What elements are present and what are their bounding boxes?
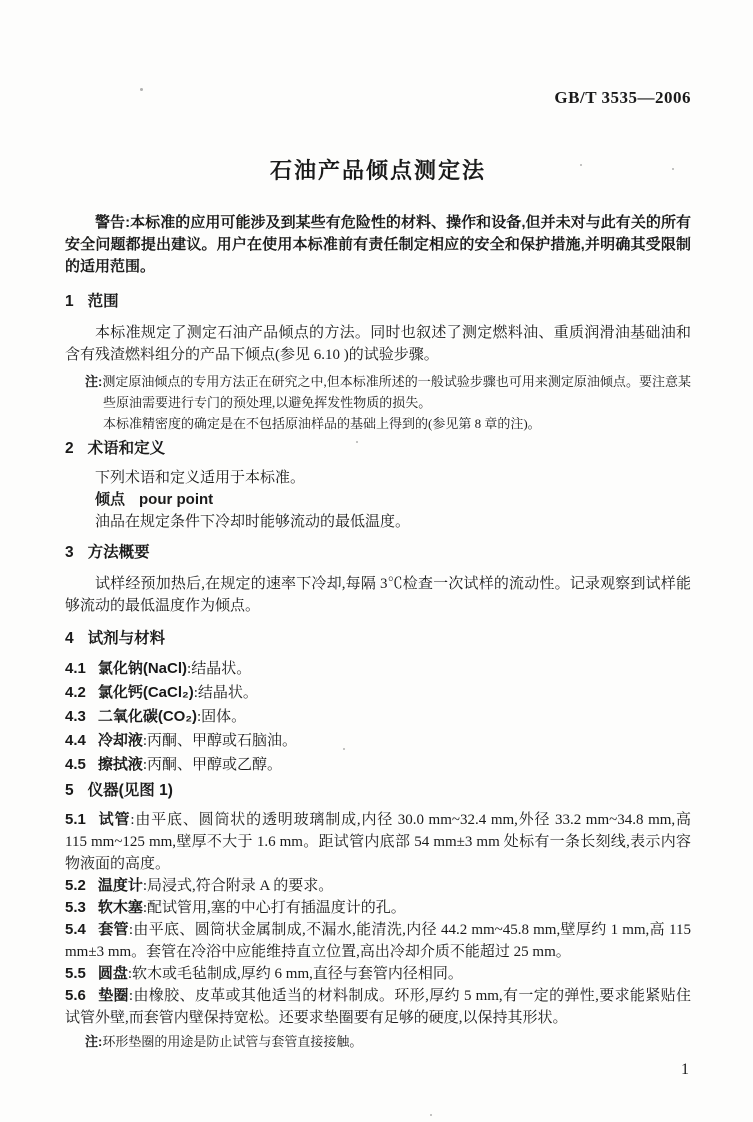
- item-term: 试管: [98, 811, 130, 828]
- section-5-heading: 5仪器(见图 1): [65, 781, 691, 801]
- section-number: 4: [65, 630, 74, 647]
- list-item: 5.6垫圈:由橡胶、皮革或其他适当的材料制成。环形,厚约 5 mm,有一定的弹性…: [65, 985, 691, 1029]
- list-item: 4.3二氧化碳(CO₂):固体。: [65, 705, 691, 729]
- scan-speck: [140, 88, 143, 91]
- standard-code: GB/T 3535—2006: [65, 88, 691, 108]
- item-number: 5.5: [65, 965, 86, 982]
- section-5-items: 5.1试管:由平底、圆筒状的透明玻璃制成,内径 30.0 mm~32.4 mm,…: [65, 809, 691, 1029]
- scan-speck: [430, 1114, 432, 1116]
- item-desc: :丙酮、甲醇或石脑油。: [143, 733, 297, 749]
- item-number: 4.2: [65, 684, 86, 701]
- note-line: 注:测定原油倾点的专用方法正在研究之中,但本标准所述的一般试验步骤也可用来测定原…: [103, 371, 691, 413]
- item-number: 5.1: [65, 811, 86, 828]
- section-3-paragraph: 试样经预加热后,在规定的速率下冷却,每隔 3℃检查一次试样的流动性。记录观察到试…: [65, 573, 691, 617]
- item-desc: :配试管用,塞的中心打有插温度计的孔。: [143, 900, 406, 916]
- term-chinese: 倾点: [95, 491, 125, 508]
- item-desc: :局浸式,符合附录 A 的要求。: [143, 878, 333, 894]
- page-content: GB/T 3535—2006 石油产品倾点测定法 警告:本标准的应用可能涉及到某…: [65, 0, 691, 1080]
- scan-speck: [270, 161, 272, 163]
- section-4-heading: 4试剂与材料: [65, 629, 691, 649]
- term-english: pour point: [139, 491, 213, 508]
- section-1-paragraph: 本标准规定了测定石油产品倾点的方法。同时也叙述了测定燃料油、重质润滑油基础油和含…: [65, 322, 691, 366]
- item-number: 4.4: [65, 732, 86, 749]
- scan-speck: [672, 168, 674, 170]
- section-2-heading: 2术语和定义: [65, 439, 691, 459]
- item-desc: :由平底、圆筒状的透明玻璃制成,内径 30.0 mm~32.4 mm,外径 33…: [65, 812, 691, 872]
- list-item: 5.5圆盘:软木或毛毡制成,厚约 6 mm,直径与套管内径相同。: [65, 963, 691, 985]
- item-desc: :由平底、圆筒状金属制成,不漏水,能清洗,内径 44.2 mm~45.8 mm,…: [65, 922, 691, 960]
- item-number: 4.3: [65, 708, 86, 725]
- note-text-2: 本标准精密度的确定是在不包括原油样品的基础上得到的(参见第 8 章的注)。: [103, 413, 691, 434]
- item-term: 二氧化碳(CO₂): [98, 708, 197, 725]
- item-number: 4.5: [65, 756, 86, 773]
- scan-speck: [356, 441, 358, 443]
- note-text: 测定原油倾点的专用方法正在研究之中,但本标准所述的一般试验步骤也可用来测定原油倾…: [102, 374, 691, 410]
- item-number: 5.3: [65, 899, 86, 916]
- list-item: 4.4冷却液:丙酮、甲醇或石脑油。: [65, 729, 691, 753]
- note-label: 注:: [85, 374, 102, 389]
- item-number: 5.2: [65, 877, 86, 894]
- item-term: 擦拭液: [98, 756, 143, 773]
- document-title: 石油产品倾点测定法: [65, 156, 691, 186]
- section-4-items: 4.1氯化钠(NaCl):结晶状。 4.2氯化钙(CaCl₂):结晶状。 4.3…: [65, 657, 691, 777]
- item-desc: :软木或毛毡制成,厚约 6 mm,直径与套管内径相同。: [128, 966, 463, 982]
- item-term: 氯化钠(NaCl): [98, 660, 187, 677]
- scan-speck: [343, 748, 345, 750]
- scan-speck: [580, 164, 582, 166]
- section-1-note: 注:测定原油倾点的专用方法正在研究之中,但本标准所述的一般试验步骤也可用来测定原…: [65, 371, 691, 434]
- list-item: 5.1试管:由平底、圆筒状的透明玻璃制成,内径 30.0 mm~32.4 mm,…: [65, 809, 691, 875]
- item-number: 5.4: [65, 921, 86, 938]
- section-2-paragraph: 下列术语和定义适用于本标准。: [65, 467, 691, 489]
- item-desc: :固体。: [197, 709, 246, 725]
- page-number: 1: [65, 1060, 691, 1080]
- section-3-heading: 3方法概要: [65, 543, 691, 563]
- section-1-heading: 1范围: [65, 292, 691, 312]
- list-item: 4.1氯化钠(NaCl):结晶状。: [65, 657, 691, 681]
- item-desc: :结晶状。: [194, 685, 258, 701]
- item-desc: :结晶状。: [187, 661, 251, 677]
- item-term: 温度计: [98, 877, 143, 894]
- item-number: 4.1: [65, 660, 86, 677]
- list-item: 4.5擦拭液:丙酮、甲醇或乙醇。: [65, 753, 691, 777]
- item-desc: :丙酮、甲醇或乙醇。: [143, 757, 282, 773]
- section-number: 5: [65, 782, 74, 799]
- note-line: 注:环形垫圈的用途是防止试管与套管直接接触。: [103, 1031, 691, 1052]
- term-line: 倾点pour point: [65, 489, 691, 511]
- section-title: 试剂与材料: [88, 630, 166, 647]
- item-term: 垫圈: [98, 987, 129, 1004]
- section-number: 1: [65, 293, 74, 310]
- section-title: 术语和定义: [88, 440, 166, 457]
- section-number: 3: [65, 544, 74, 561]
- item-term: 圆盘: [98, 965, 128, 982]
- section-5-note: 注:环形垫圈的用途是防止试管与套管直接接触。: [65, 1031, 691, 1052]
- section-number: 2: [65, 440, 74, 457]
- item-term: 套管: [98, 921, 129, 938]
- scanned-standard-page: GB/T 3535—2006 石油产品倾点测定法 警告:本标准的应用可能涉及到某…: [0, 0, 753, 1122]
- section-title: 仪器(见图 1): [88, 782, 173, 799]
- warning-paragraph: 警告:本标准的应用可能涉及到某些有危险性的材料、操作和设备,但并未对与此有关的所…: [65, 212, 691, 278]
- item-desc: :由橡胶、皮革或其他适当的材料制成。环形,厚约 5 mm,有一定的弹性,要求能紧…: [65, 988, 691, 1026]
- list-item: 4.2氯化钙(CaCl₂):结晶状。: [65, 681, 691, 705]
- list-item: 5.2温度计:局浸式,符合附录 A 的要求。: [65, 875, 691, 897]
- item-term: 冷却液: [98, 732, 143, 749]
- item-term: 软木塞: [98, 899, 143, 916]
- list-item: 5.4套管:由平底、圆筒状金属制成,不漏水,能清洗,内径 44.2 mm~45.…: [65, 919, 691, 963]
- section-title: 方法概要: [88, 544, 150, 561]
- list-item: 5.3软木塞:配试管用,塞的中心打有插温度计的孔。: [65, 897, 691, 919]
- section-title: 范围: [88, 293, 119, 310]
- item-term: 氯化钙(CaCl₂): [98, 684, 194, 701]
- term-definition: 油品在规定条件下冷却时能够流动的最低温度。: [65, 511, 691, 533]
- note-label: 注:: [85, 1034, 102, 1049]
- note-text: 环形垫圈的用途是防止试管与套管直接接触。: [102, 1034, 362, 1049]
- item-number: 5.6: [65, 987, 86, 1004]
